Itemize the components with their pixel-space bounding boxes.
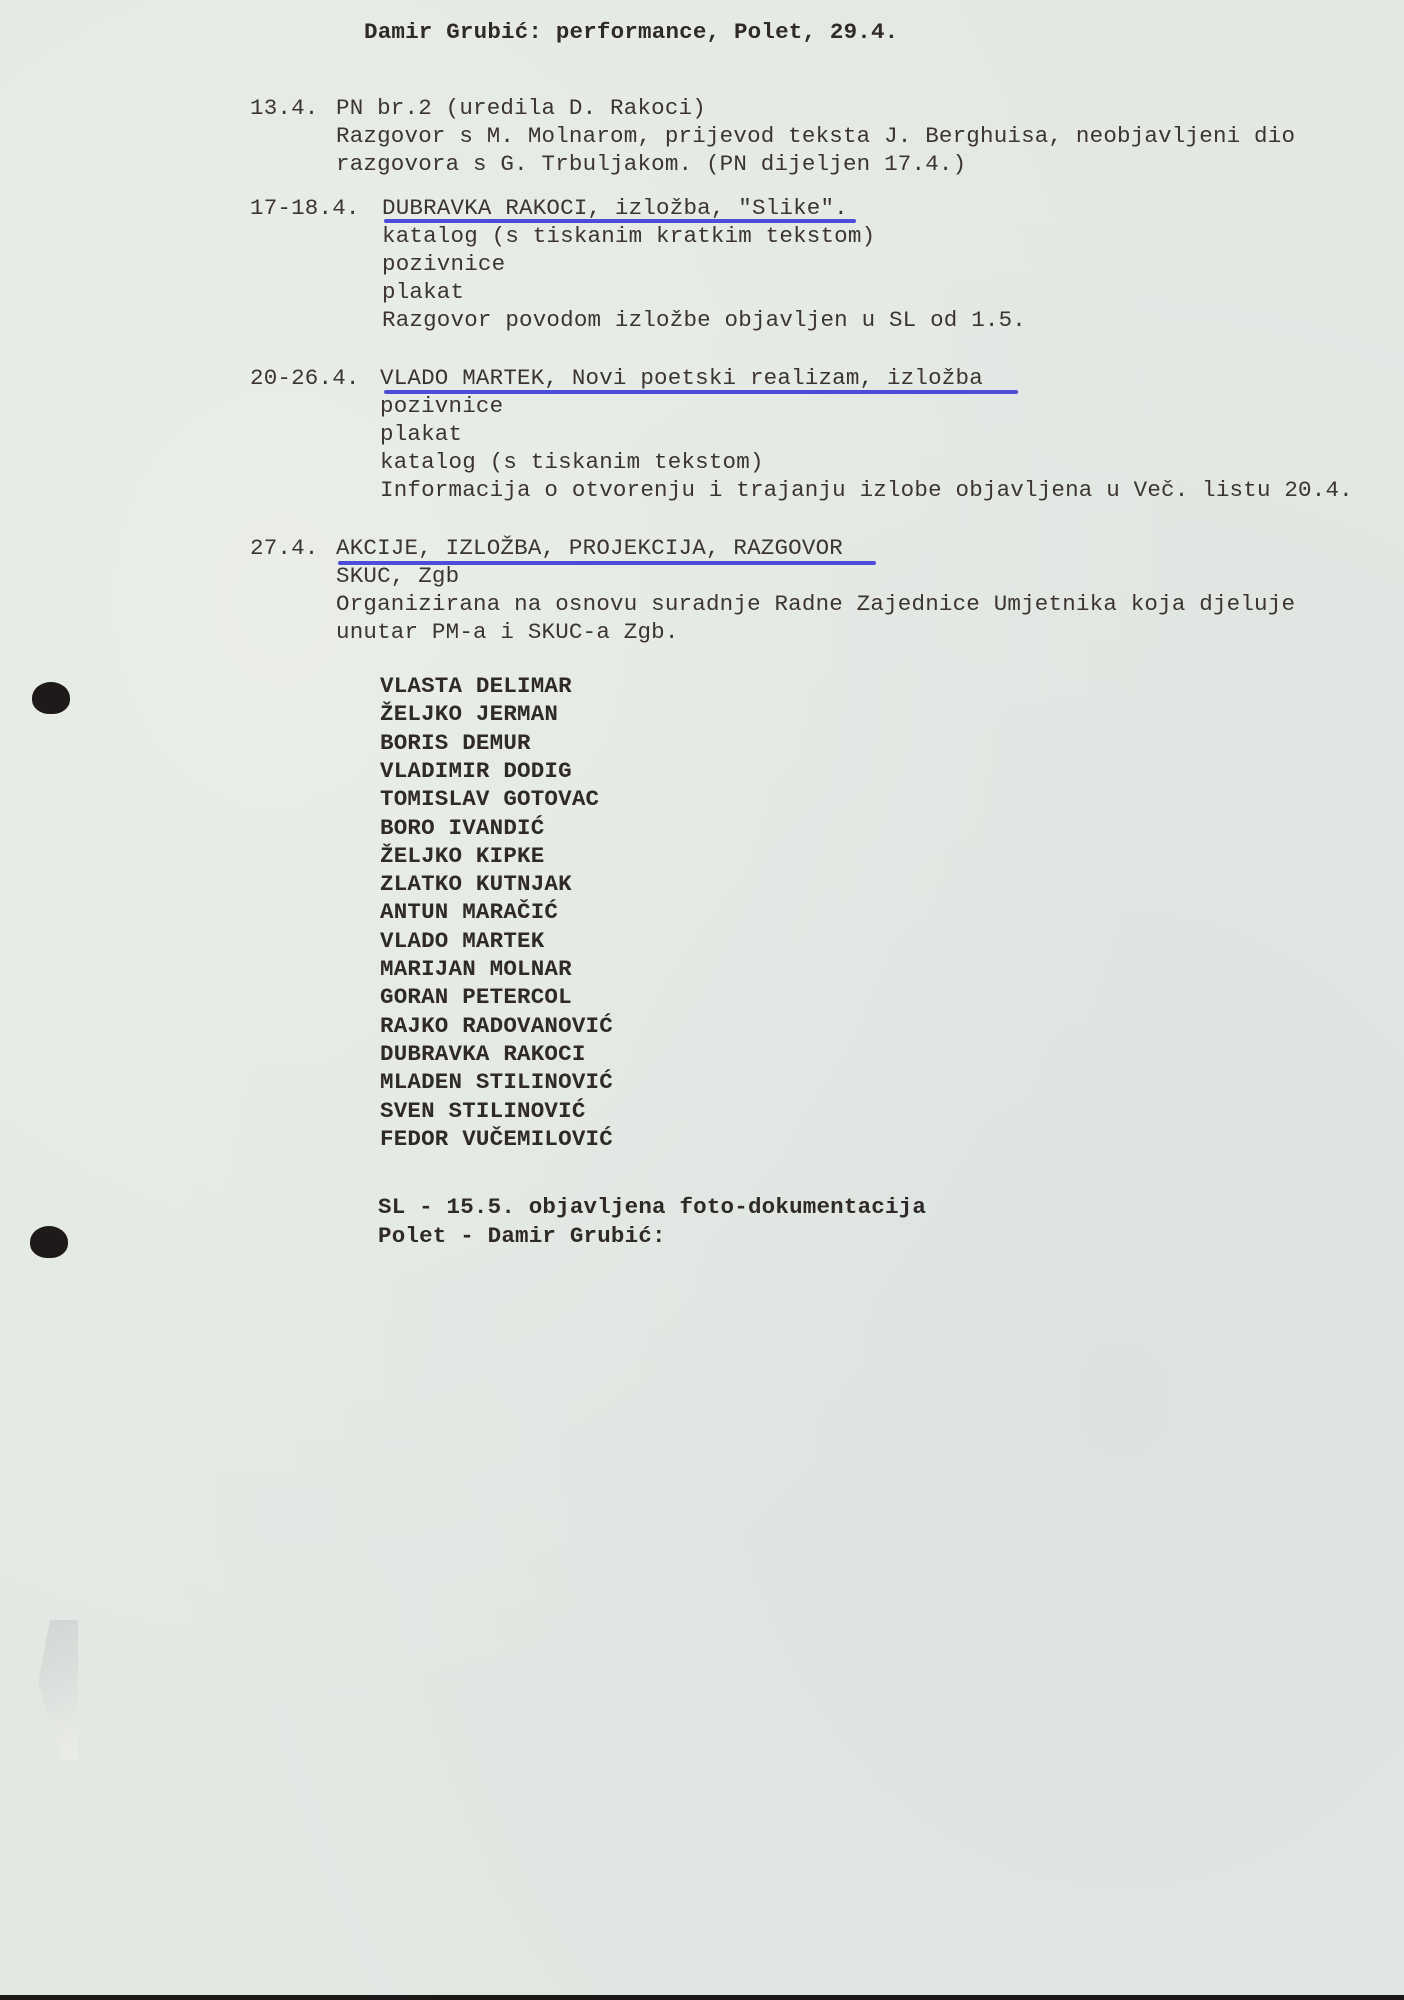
entry-title: PN br.2 (uredila D. Rakoci) [336,94,706,122]
entry-date: 27.4. [250,534,319,562]
participant-name: VLADO MARTEK [380,927,544,955]
participant-name: TOMISLAV GOTOVAC [380,785,599,813]
participant-name: MLADEN STILINOVIĆ [380,1068,613,1096]
participant-name: DUBRAVKA RAKOCI [380,1040,586,1068]
entry-line: SKUC, Zgb [336,562,459,590]
entry-line: unutar PM-a i SKUC-a Zgb. [336,618,679,646]
participant-name: BORO IVANDIĆ [380,814,544,842]
participant-name: VLADIMIR DODIG [380,757,572,785]
participant-name: VLASTA DELIMAR [380,672,572,700]
entry-date: 20-26.4. [250,364,360,392]
entry-line: Razgovor s M. Molnarom, prijevod teksta … [336,122,1295,150]
entry-title: VLADO MARTEK, Novi poetski realizam, izl… [380,364,983,392]
entry-line: katalog (s tiskanim tekstom) [380,448,764,476]
entry-title: AKCIJE, IZLOŽBA, PROJEKCIJA, RAZGOVOR [336,534,843,562]
entry-title: DUBRAVKA RAKOCI, izložba, "Slike". [382,194,848,222]
paper-fold-mark [38,1620,78,1760]
entry-line: Razgovor povodom izložbe objavljen u SL … [382,306,1026,334]
footer-note: Polet - Damir Grubić: [378,1222,666,1250]
participant-name: ANTUN MARAČIĆ [380,898,558,926]
participant-name: ŽELJKO JERMAN [380,700,558,728]
entry-line: pozivnice [380,392,503,420]
participant-name: MARIJAN MOLNAR [380,955,572,983]
participant-name: ŽELJKO KIPKE [380,842,544,870]
entry-line: Organizirana na osnovu suradnje Radne Za… [336,590,1295,618]
entry-line: razgovora s G. Trbuljakom. (PN dijeljen … [336,150,966,178]
scan-edge [0,1995,1404,2000]
entry-date: 17-18.4. [250,194,360,222]
punch-hole [30,1226,68,1258]
entry-date: 13.4. [250,94,319,122]
participant-name: BORIS DEMUR [380,729,531,757]
entry-line: pozivnice [382,250,505,278]
participant-name: SVEN STILINOVIĆ [380,1097,586,1125]
entry-line: plakat [380,420,462,448]
document-header: Damir Grubić: performance, Polet, 29.4. [364,18,898,46]
typed-document-page: Damir Grubić: performance, Polet, 29.4. … [0,0,1404,2000]
entry-line: katalog (s tiskanim kratkim tekstom) [382,222,875,250]
participant-name: ZLATKO KUTNJAK [380,870,572,898]
footer-note: SL - 15.5. objavljena foto-dokumentacija [378,1193,926,1221]
entry-line: Informacija o otvorenju i trajanju izlob… [380,476,1353,504]
participant-name: FEDOR VUČEMILOVIĆ [380,1125,613,1153]
participant-name: GORAN PETERCOL [380,983,572,1011]
participant-name: RAJKO RADOVANOVIĆ [380,1012,613,1040]
punch-hole [32,682,70,714]
entry-line: plakat [382,278,464,306]
